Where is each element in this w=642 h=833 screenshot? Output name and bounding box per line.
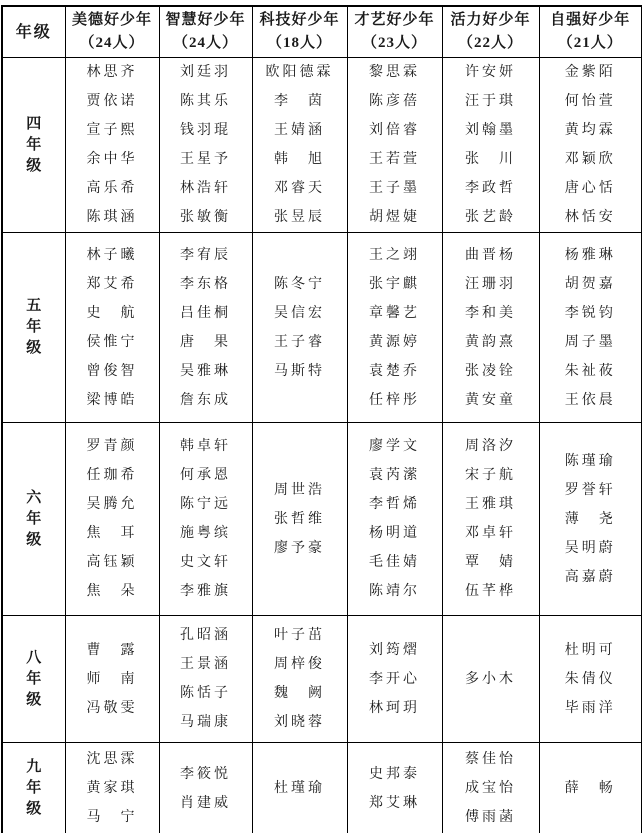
column-title: 自强好少年	[540, 9, 642, 32]
grade-char: 五	[3, 296, 65, 317]
student-name: 欧阳德霖	[266, 58, 334, 87]
student-name: 曲晋杨	[465, 241, 516, 270]
names-stack: 曲晋杨汪珊羽李和美黄韵熹张凌铨黄安童	[443, 241, 539, 415]
student-name: 唐 果	[180, 328, 231, 357]
student-name: 杜明可	[565, 636, 616, 665]
student-name: 陈瑾瑜	[565, 447, 616, 476]
student-name: 邓颖欣	[565, 145, 616, 174]
student-name: 贾依诺	[87, 87, 138, 116]
column-count: （21人）	[540, 32, 642, 55]
grade-cell: 五年级	[2, 233, 65, 423]
student-name: 李雅旗	[180, 577, 231, 606]
student-name: 史邦泰	[369, 760, 420, 789]
student-name: 金紫陌	[565, 58, 616, 87]
names-stack: 李筱悦肖建威	[160, 760, 252, 818]
student-name: 任珈希	[87, 461, 138, 490]
column-count: （22人）	[443, 32, 539, 55]
student-name: 王景涵	[180, 650, 231, 679]
names-cell: 杜瑾瑜	[252, 743, 347, 833]
table-row: 九年级沈思霂黄家琪马 宁李筱悦肖建威杜瑾瑜史邦泰郑艾琳蔡佳怡成宝怡傅雨菡薛 畅	[2, 743, 642, 833]
student-name: 郑艾希	[87, 270, 138, 299]
student-name: 魏 阙	[274, 679, 325, 708]
student-name: 汪珊羽	[465, 270, 516, 299]
column-title: 才艺好少年	[348, 9, 442, 32]
names-stack: 罗青颜任珈希吴腾允焦 耳高钰颖焦 朵	[66, 432, 159, 606]
student-name: 廖予豪	[274, 534, 325, 563]
names-cell: 刘筠熠李开心林珂玥	[347, 616, 442, 743]
student-name: 许安妍	[465, 58, 516, 87]
student-name: 袁芮潆	[369, 461, 420, 490]
student-name: 黄均霖	[565, 116, 616, 145]
student-name: 王雅琪	[465, 490, 516, 519]
header-col-virtue: 美德好少年 （24人）	[65, 6, 159, 58]
grade-char: 级	[3, 156, 65, 177]
student-name: 曹 露	[87, 636, 138, 665]
names-cell: 孔昭涵王景涵陈恬子马瑞康	[159, 616, 252, 743]
names-cell: 金紫陌何怡萱黄均霖邓颖欣唐心恬林恬安	[539, 58, 642, 233]
student-name: 周子墨	[565, 328, 616, 357]
student-name: 刘晓蓉	[274, 708, 325, 737]
student-name: 韩 旭	[274, 145, 325, 174]
student-name: 孔昭涵	[180, 621, 231, 650]
student-name: 焦 耳	[87, 519, 138, 548]
student-name: 袁楚乔	[369, 357, 420, 386]
student-name: 焦 朵	[87, 577, 138, 606]
names-stack: 杜瑾瑜	[253, 774, 347, 803]
student-name: 杨雅琳	[565, 241, 616, 270]
student-name: 黄韵熹	[465, 328, 516, 357]
names-cell: 周世浩张哲维廖予豪	[252, 423, 347, 616]
names-stack: 韩卓轩何承恩陈宁远施粤缤史文轩李雅旗	[160, 432, 252, 606]
names-cell: 黎思霖陈彦蓓刘倍睿王若萱王子墨胡煜婕	[347, 58, 442, 233]
column-title: 美德好少年	[66, 9, 159, 32]
student-name: 何承恩	[180, 461, 231, 490]
student-name: 张昱辰	[274, 203, 325, 232]
student-name: 成宝怡	[465, 774, 516, 803]
names-stack: 欧阳德霖李 茵王婧涵韩 旭邓睿天张昱辰	[253, 58, 347, 232]
student-name: 周世浩	[274, 476, 325, 505]
student-name: 吴明蔚	[565, 534, 616, 563]
names-stack: 陈瑾瑜罗誉轩薄 尧吴明蔚高嘉蔚	[540, 447, 642, 592]
names-stack: 许安妍汪于琪刘翰墨张 川李政哲张艺龄	[443, 58, 539, 232]
student-name: 李哲烯	[369, 490, 420, 519]
student-name: 韩卓轩	[180, 432, 231, 461]
student-name: 张宇麒	[369, 270, 420, 299]
names-stack: 曹 露师 南冯敬雯	[66, 636, 159, 723]
student-name: 胡贺嘉	[565, 270, 616, 299]
student-name: 胡煜婕	[369, 203, 420, 232]
student-name: 肖建威	[180, 789, 231, 818]
student-name: 李锐钧	[565, 299, 616, 328]
student-name: 王若萱	[369, 145, 420, 174]
student-name: 施粤缤	[180, 519, 231, 548]
student-name: 詹东成	[180, 386, 231, 415]
student-name: 黄安童	[465, 386, 516, 415]
names-cell: 周洛汐宋子航王雅琪邓卓轩覃 婧伍芊桦	[442, 423, 539, 616]
student-name: 黄源婷	[369, 328, 420, 357]
student-name: 李开心	[369, 665, 420, 694]
student-name: 罗誉轩	[565, 476, 616, 505]
student-name: 李 茵	[274, 87, 325, 116]
student-name: 陈恬子	[180, 679, 231, 708]
names-stack: 刘筠熠李开心林珂玥	[348, 636, 442, 723]
names-cell: 陈冬宁吴信宏王子睿马斯特	[252, 233, 347, 423]
names-stack: 沈思霂黄家琪马 宁	[66, 745, 159, 832]
student-name: 林浩轩	[180, 174, 231, 203]
student-name: 吴腾允	[87, 490, 138, 519]
student-name: 多小木	[465, 665, 516, 694]
names-cell: 曲晋杨汪珊羽李和美黄韵熹张凌铨黄安童	[442, 233, 539, 423]
student-name: 蔡佳怡	[465, 745, 516, 774]
student-name: 杜瑾瑜	[274, 774, 325, 803]
student-name: 覃 婧	[465, 548, 516, 577]
names-cell: 曹 露师 南冯敬雯	[65, 616, 159, 743]
student-name: 马 宁	[87, 803, 138, 832]
grade-char: 年	[3, 509, 65, 530]
names-cell: 陈瑾瑜罗誉轩薄 尧吴明蔚高嘉蔚	[539, 423, 642, 616]
grade-char: 年	[3, 778, 65, 799]
student-name: 吴雅琳	[180, 357, 231, 386]
student-name: 朱倩仪	[565, 665, 616, 694]
student-name: 张哲维	[274, 505, 325, 534]
header-row: 年级 美德好少年 （24人） 智慧好少年 （24人） 科技好少年 （18人） 才…	[2, 6, 642, 58]
student-name: 余中华	[87, 145, 138, 174]
names-stack: 多小木	[443, 665, 539, 694]
table-row: 八年级曹 露师 南冯敬雯孔昭涵王景涵陈恬子马瑞康叶子茁周梓俊魏 阙刘晓蓉刘筠熠李…	[2, 616, 642, 743]
student-name: 汪于琪	[465, 87, 516, 116]
student-name: 王子墨	[369, 174, 420, 203]
student-name: 梁博皓	[87, 386, 138, 415]
header-col-vitality: 活力好少年 （22人）	[442, 6, 539, 58]
student-name: 林子曦	[87, 241, 138, 270]
student-name: 沈思霂	[87, 745, 138, 774]
names-cell: 蔡佳怡成宝怡傅雨菡	[442, 743, 539, 833]
table-row: 四年级林思齐贾依诺宣子熙余中华高乐希陈琪涵刘廷羽陈其乐钱羽琨王星予林浩轩张敏衡欧…	[2, 58, 642, 233]
student-name: 薛 畅	[565, 774, 616, 803]
grade-char: 年	[3, 135, 65, 156]
names-stack: 周世浩张哲维廖予豪	[253, 476, 347, 563]
student-name: 周洛汐	[465, 432, 516, 461]
student-name: 伍芊桦	[465, 577, 516, 606]
column-count: （18人）	[253, 32, 347, 55]
names-cell: 王之翊张宇麒章馨艺黄源婷袁楚乔任梓彤	[347, 233, 442, 423]
grade-char: 九	[3, 757, 65, 778]
names-stack: 金紫陌何怡萱黄均霖邓颖欣唐心恬林恬安	[540, 58, 642, 232]
student-name: 叶子茁	[274, 621, 325, 650]
names-cell: 欧阳德霖李 茵王婧涵韩 旭邓睿天张昱辰	[252, 58, 347, 233]
names-stack: 黎思霖陈彦蓓刘倍睿王若萱王子墨胡煜婕	[348, 58, 442, 232]
student-name: 吴信宏	[274, 299, 325, 328]
names-cell: 林思齐贾依诺宣子熙余中华高乐希陈琪涵	[65, 58, 159, 233]
student-name: 陈琪涵	[87, 203, 138, 232]
student-name: 师 南	[87, 665, 138, 694]
table-row: 六年级罗青颜任珈希吴腾允焦 耳高钰颖焦 朵韩卓轩何承恩陈宁远施粤缤史文轩李雅旗周…	[2, 423, 642, 616]
student-name: 曾俊智	[87, 357, 138, 386]
student-name: 林珂玥	[369, 694, 420, 723]
header-col-self-improvement: 自强好少年 （21人）	[539, 6, 642, 58]
student-name: 马瑞康	[180, 708, 231, 737]
column-count: （23人）	[348, 32, 442, 55]
grade-cell: 四年级	[2, 58, 65, 233]
student-name: 任梓彤	[369, 386, 420, 415]
table-row: 五年级林子曦郑艾希史 航侯惟宁曾俊智梁博皓李宥辰李东格吕佳桐唐 果吴雅琳詹东成陈…	[2, 233, 642, 423]
names-cell: 杨雅琳胡贺嘉李锐钧周子墨朱祉莜王依晨	[539, 233, 642, 423]
names-cell: 多小木	[442, 616, 539, 743]
column-title: 智慧好少年	[160, 9, 252, 32]
student-name: 高乐希	[87, 174, 138, 203]
student-name: 林恬安	[565, 203, 616, 232]
column-count: （24人）	[160, 32, 252, 55]
names-cell: 韩卓轩何承恩陈宁远施粤缤史文轩李雅旗	[159, 423, 252, 616]
student-name: 张凌铨	[465, 357, 516, 386]
grade-cell: 八年级	[2, 616, 65, 743]
student-name: 张敏衡	[180, 203, 231, 232]
student-name: 罗青颜	[87, 432, 138, 461]
names-cell: 杜明可朱倩仪毕雨洋	[539, 616, 642, 743]
student-name: 高嘉蔚	[565, 563, 616, 592]
names-cell: 叶子茁周梓俊魏 阙刘晓蓉	[252, 616, 347, 743]
student-name: 王婧涵	[274, 116, 325, 145]
names-stack: 叶子茁周梓俊魏 阙刘晓蓉	[253, 621, 347, 737]
header-col-wisdom: 智慧好少年 （24人）	[159, 6, 252, 58]
grade-char: 级	[3, 690, 65, 711]
student-name: 王星予	[180, 145, 231, 174]
names-cell: 沈思霂黄家琪马 宁	[65, 743, 159, 833]
names-stack: 史邦泰郑艾琳	[348, 760, 442, 818]
names-cell: 许安妍汪于琪刘翰墨张 川李政哲张艺龄	[442, 58, 539, 233]
student-name: 王子睿	[274, 328, 325, 357]
grade-header-label: 年级	[3, 21, 65, 44]
student-name: 薄 尧	[565, 505, 616, 534]
header-col-technology: 科技好少年 （18人）	[252, 6, 347, 58]
names-stack: 林思齐贾依诺宣子熙余中华高乐希陈琪涵	[66, 58, 159, 232]
column-count: （24人）	[66, 32, 159, 55]
column-title: 活力好少年	[443, 9, 539, 32]
student-name: 郑艾琳	[369, 789, 420, 818]
student-name: 宋子航	[465, 461, 516, 490]
names-cell: 林子曦郑艾希史 航侯惟宁曾俊智梁博皓	[65, 233, 159, 423]
student-name: 陈宁远	[180, 490, 231, 519]
student-name: 傅雨菡	[465, 803, 516, 832]
header-grade: 年级	[2, 6, 65, 58]
student-name: 李宥辰	[180, 241, 231, 270]
student-name: 毛佳婧	[369, 548, 420, 577]
student-name: 张艺龄	[465, 203, 516, 232]
student-name: 周梓俊	[274, 650, 325, 679]
names-cell: 廖学文袁芮潆李哲烯杨明道毛佳婧陈靖尔	[347, 423, 442, 616]
grade-char: 年	[3, 669, 65, 690]
student-name: 李政哲	[465, 174, 516, 203]
grade-char: 级	[3, 338, 65, 359]
table-body: 四年级林思齐贾依诺宣子熙余中华高乐希陈琪涵刘廷羽陈其乐钱羽琨王星予林浩轩张敏衡欧…	[2, 58, 642, 833]
grade-char: 八	[3, 648, 65, 669]
student-name: 何怡萱	[565, 87, 616, 116]
names-stack: 薛 畅	[540, 774, 642, 803]
names-cell: 史邦泰郑艾琳	[347, 743, 442, 833]
student-name: 刘翰墨	[465, 116, 516, 145]
names-stack: 孔昭涵王景涵陈恬子马瑞康	[160, 621, 252, 737]
column-title: 科技好少年	[253, 9, 347, 32]
grade-char: 六	[3, 488, 65, 509]
names-stack: 林子曦郑艾希史 航侯惟宁曾俊智梁博皓	[66, 241, 159, 415]
document-page: 年级 美德好少年 （24人） 智慧好少年 （24人） 科技好少年 （18人） 才…	[0, 0, 642, 833]
grade-char: 四	[3, 114, 65, 135]
student-name: 王依晨	[565, 386, 616, 415]
student-name: 史 航	[87, 299, 138, 328]
student-name: 冯敬雯	[87, 694, 138, 723]
names-stack: 李宥辰李东格吕佳桐唐 果吴雅琳詹东成	[160, 241, 252, 415]
student-name: 廖学文	[369, 432, 420, 461]
student-name: 杨明道	[369, 519, 420, 548]
names-stack: 杨雅琳胡贺嘉李锐钧周子墨朱祉莜王依晨	[540, 241, 642, 415]
student-name: 李和美	[465, 299, 516, 328]
student-name: 李东格	[180, 270, 231, 299]
names-stack: 王之翊张宇麒章馨艺黄源婷袁楚乔任梓彤	[348, 241, 442, 415]
student-name: 钱羽琨	[180, 116, 231, 145]
student-name: 刘筠熠	[369, 636, 420, 665]
names-stack: 蔡佳怡成宝怡傅雨菡	[443, 745, 539, 832]
names-stack: 刘廷羽陈其乐钱羽琨王星予林浩轩张敏衡	[160, 58, 252, 232]
grade-cell: 六年级	[2, 423, 65, 616]
names-stack: 陈冬宁吴信宏王子睿马斯特	[253, 270, 347, 386]
names-stack: 周洛汐宋子航王雅琪邓卓轩覃 婧伍芊桦	[443, 432, 539, 606]
student-name: 林思齐	[87, 58, 138, 87]
student-name: 高钰颖	[87, 548, 138, 577]
names-cell: 李宥辰李东格吕佳桐唐 果吴雅琳詹东成	[159, 233, 252, 423]
awards-table: 年级 美德好少年 （24人） 智慧好少年 （24人） 科技好少年 （18人） 才…	[1, 5, 642, 833]
grade-char: 级	[3, 799, 65, 820]
names-cell: 刘廷羽陈其乐钱羽琨王星予林浩轩张敏衡	[159, 58, 252, 233]
names-stack: 廖学文袁芮潆李哲烯杨明道毛佳婧陈靖尔	[348, 432, 442, 606]
header-col-talent: 才艺好少年 （23人）	[347, 6, 442, 58]
student-name: 马斯特	[274, 357, 325, 386]
student-name: 陈靖尔	[369, 577, 420, 606]
student-name: 李筱悦	[180, 760, 231, 789]
student-name: 唐心恬	[565, 174, 616, 203]
student-name: 吕佳桐	[180, 299, 231, 328]
names-cell: 李筱悦肖建威	[159, 743, 252, 833]
student-name: 史文轩	[180, 548, 231, 577]
student-name: 邓卓轩	[465, 519, 516, 548]
student-name: 陈其乐	[180, 87, 231, 116]
student-name: 朱祉莜	[565, 357, 616, 386]
student-name: 侯惟宁	[87, 328, 138, 357]
grade-cell: 九年级	[2, 743, 65, 833]
names-cell: 薛 畅	[539, 743, 642, 833]
student-name: 邓睿天	[274, 174, 325, 203]
student-name: 章馨艺	[369, 299, 420, 328]
student-name: 黎思霖	[369, 58, 420, 87]
grade-char: 年	[3, 317, 65, 338]
student-name: 陈冬宁	[274, 270, 325, 299]
names-stack: 杜明可朱倩仪毕雨洋	[540, 636, 642, 723]
student-name: 陈彦蓓	[369, 87, 420, 116]
student-name: 张 川	[465, 145, 516, 174]
names-cell: 罗青颜任珈希吴腾允焦 耳高钰颖焦 朵	[65, 423, 159, 616]
student-name: 黄家琪	[87, 774, 138, 803]
grade-char: 级	[3, 530, 65, 551]
student-name: 毕雨洋	[565, 694, 616, 723]
student-name: 刘廷羽	[180, 58, 231, 87]
student-name: 王之翊	[369, 241, 420, 270]
student-name: 刘倍睿	[369, 116, 420, 145]
student-name: 宣子熙	[87, 116, 138, 145]
